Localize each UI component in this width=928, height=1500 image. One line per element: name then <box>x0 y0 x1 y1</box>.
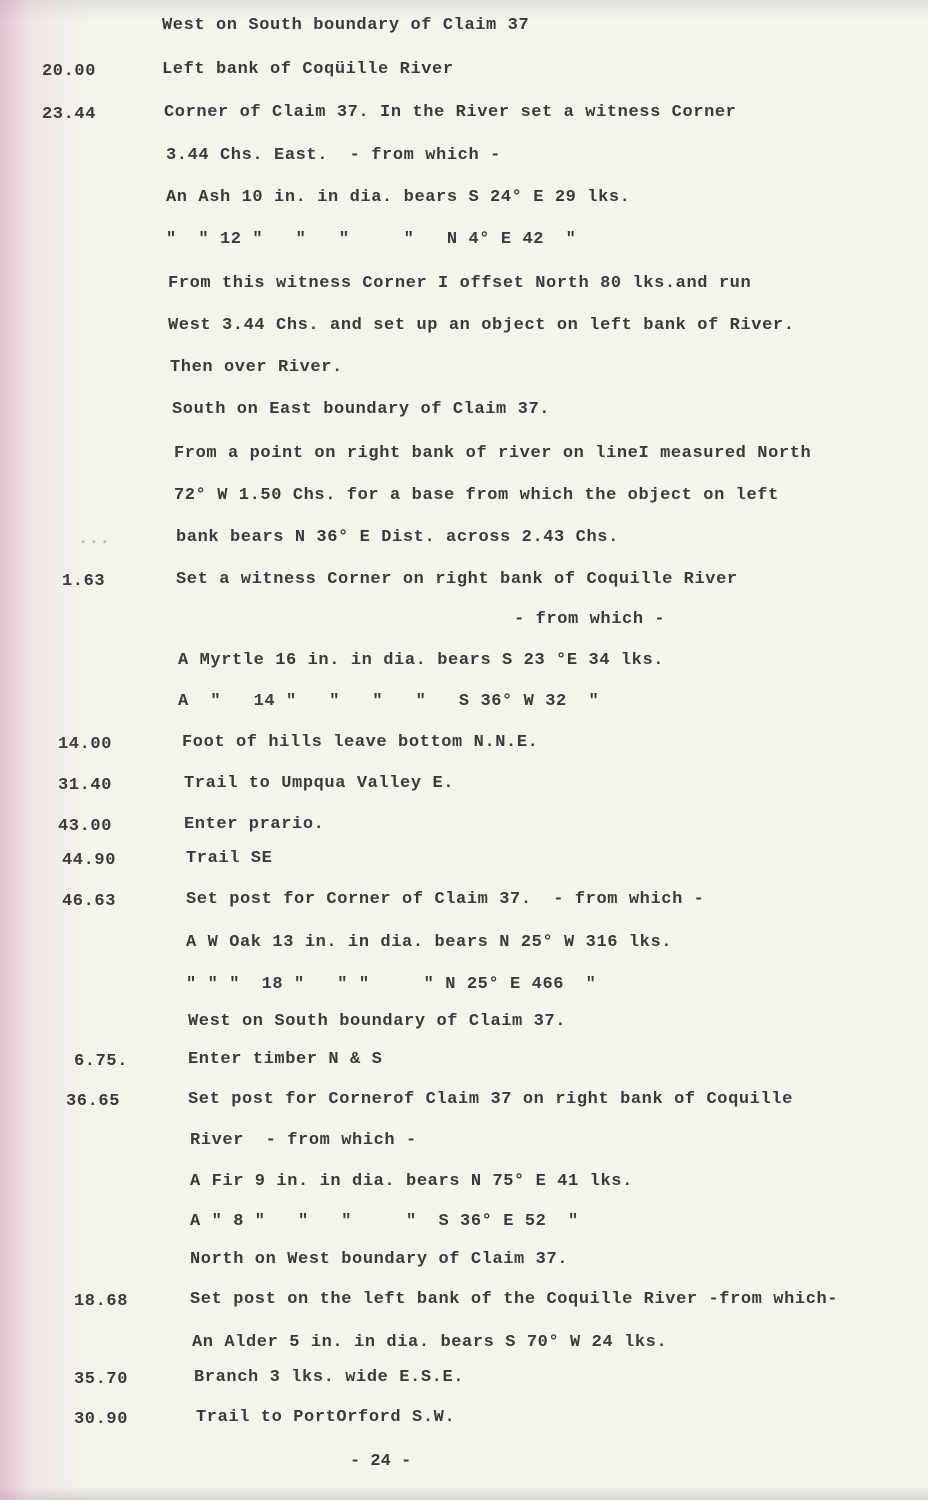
entry-text: South on East boundary of Claim 37. <box>172 400 550 420</box>
entry-text: West on South boundary of Claim 37. <box>188 1012 566 1032</box>
entry-text: " " 12 " " " " N 4° E 42 " <box>166 230 576 250</box>
entry-text: Branch 3 lks. wide E.S.E. <box>194 1368 464 1388</box>
entry-text: From a point on right bank of river on l… <box>174 444 811 464</box>
entry-text: Trail to Umpqua Valley E. <box>184 774 454 794</box>
page-number: - 24 - <box>350 1452 411 1471</box>
entry-text: Trail to PortOrford S.W. <box>196 1408 455 1428</box>
distance-value: 44.90 <box>62 851 116 871</box>
entry-text: bank bears N 36° E Dist. across 2.43 Chs… <box>176 528 619 548</box>
distance-value: 43.00 <box>58 817 112 837</box>
entry-text: Trail SE <box>186 849 272 869</box>
entry-text: 72° W 1.50 Chs. for a base from which th… <box>174 486 779 506</box>
entry-text: Foot of hills leave bottom N.N.E. <box>182 733 538 753</box>
document-page: West on South boundary of Claim 3720.00L… <box>0 0 928 1500</box>
entry-text: - from which - <box>514 610 665 630</box>
distance-value: 1.63 <box>62 572 105 592</box>
entry-text: Set a witness Corner on right bank of Co… <box>176 570 738 590</box>
distance-value: 6.75. <box>74 1052 128 1072</box>
entry-text: North on West boundary of Claim 37. <box>190 1250 568 1270</box>
entry-text: An Ash 10 in. in dia. bears S 24° E 29 l… <box>166 188 630 208</box>
distance-value: 31.40 <box>58 776 112 796</box>
entry-text: 3.44 Chs. East. - from which - <box>166 146 501 166</box>
entry-text: West 3.44 Chs. and set up an object on l… <box>168 316 795 336</box>
entry-text: A W Oak 13 in. in dia. bears N 25° W 316… <box>186 933 672 953</box>
entry-text: A Fir 9 in. in dia. bears N 75° E 41 lks… <box>190 1172 633 1192</box>
distance-value: 20.00 <box>42 62 96 82</box>
entry-text: Corner of Claim 37. In the River set a w… <box>164 103 737 123</box>
entry-text: Then over River. <box>170 358 343 378</box>
distance-value: 35.70 <box>74 1370 128 1390</box>
entry-text: An Alder 5 in. in dia. bears S 70° W 24 … <box>192 1333 667 1353</box>
entry-text: Set post for Corner of Claim 37. - from … <box>186 890 704 910</box>
entry-text: Left bank of Coqüille River <box>162 60 454 80</box>
entry-text: West on South boundary of Claim 37 <box>162 16 529 36</box>
entry-text: Set post on the left bank of the Coquill… <box>190 1290 838 1310</box>
entry-text: A " 8 " " " " S 36° E 52 " <box>190 1212 579 1232</box>
distance-value: 36.65 <box>66 1092 120 1112</box>
entry-text: Enter prario. <box>184 815 324 835</box>
entry-text: A Myrtle 16 in. in dia. bears S 23 °E 34… <box>178 651 664 671</box>
distance-value: 14.00 <box>58 735 112 755</box>
entry-text: Enter timber N & S <box>188 1050 382 1070</box>
distance-value: 30.90 <box>74 1410 128 1430</box>
entry-text: A " 14 " " " " S 36° W 32 " <box>178 692 599 712</box>
distance-value: ... <box>78 530 110 550</box>
distance-value: 18.68 <box>74 1292 128 1312</box>
entry-text: River - from which - <box>190 1131 417 1151</box>
entry-text: From this witness Corner I offset North … <box>168 274 751 294</box>
distance-value: 46.63 <box>62 892 116 912</box>
entry-text: " " " 18 " " " " N 25° E 466 " <box>186 975 596 995</box>
entry-text: Set post for Cornerof Claim 37 on right … <box>188 1090 793 1110</box>
distance-value: 23.44 <box>42 105 96 125</box>
